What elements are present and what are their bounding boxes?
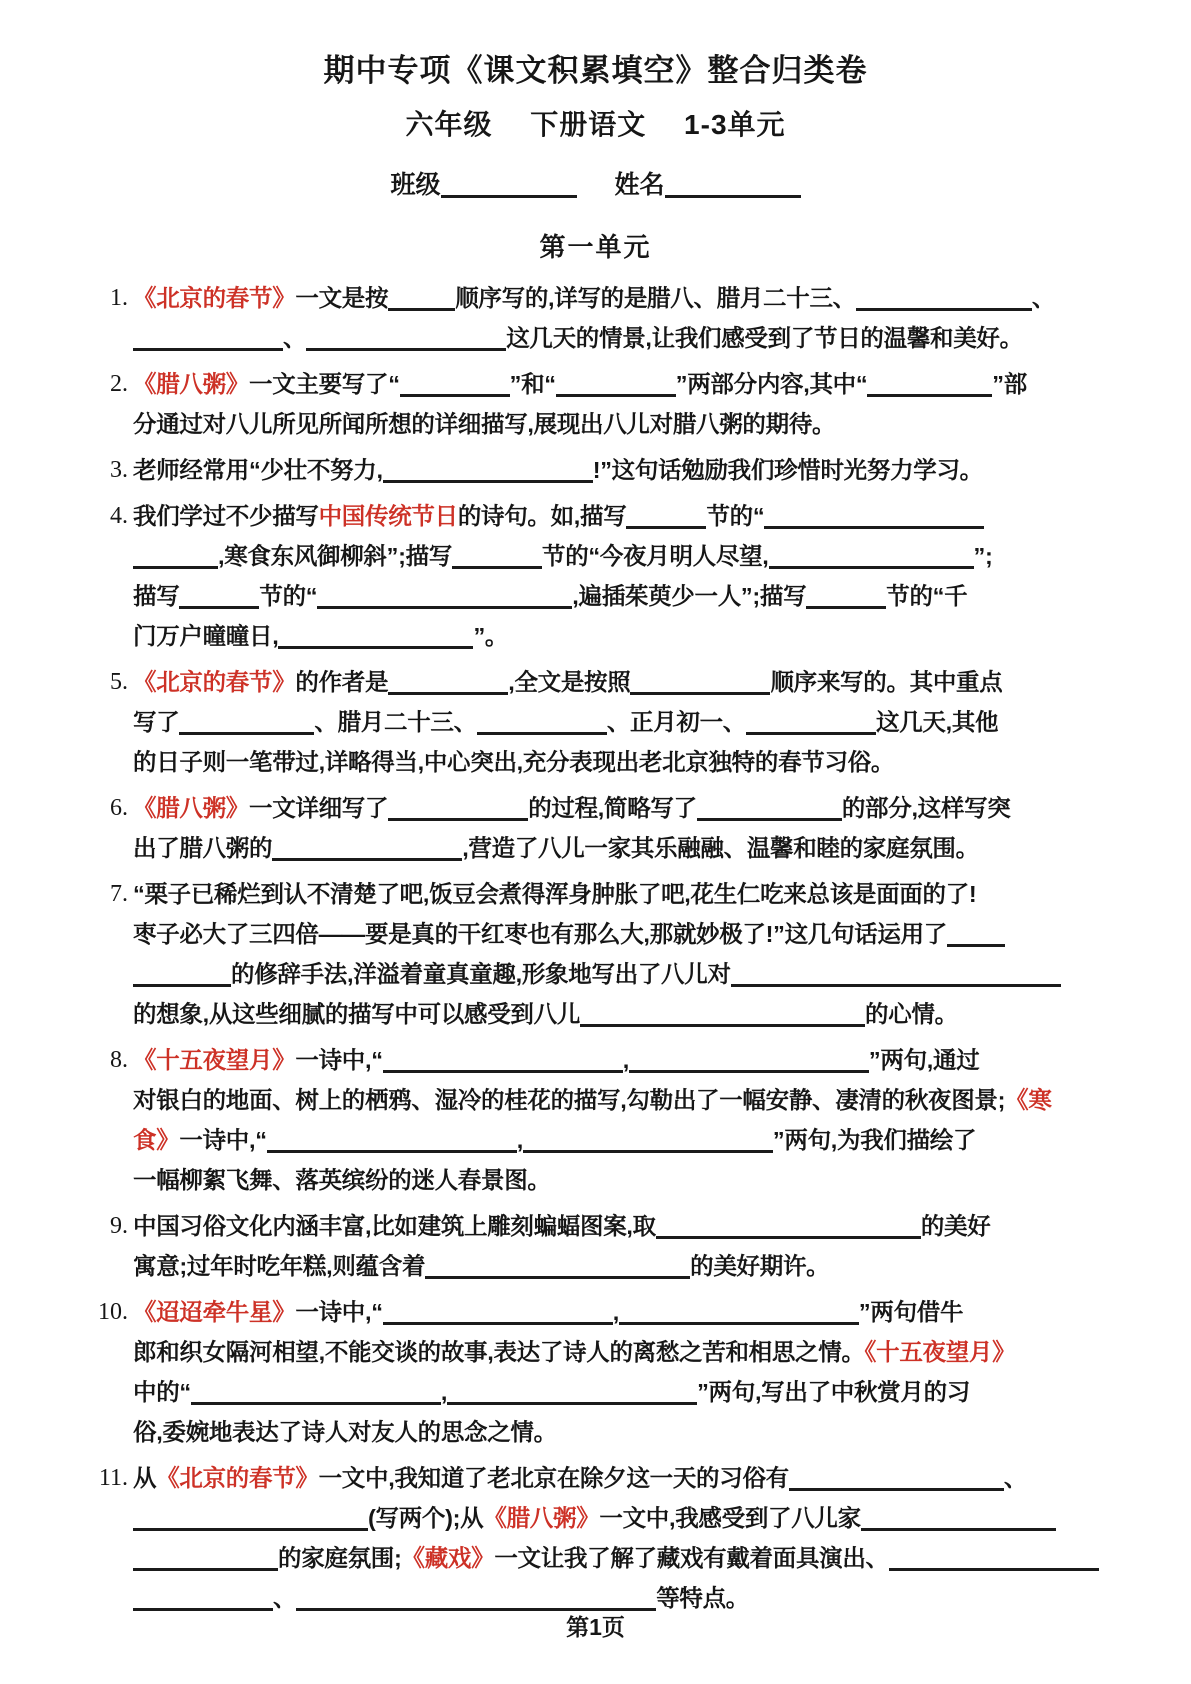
question-text: 的想象,从这些细腻的描写中可以感受到八儿 bbox=[133, 1001, 580, 1027]
question-number: 5. bbox=[97, 662, 133, 782]
answer-blank bbox=[317, 583, 572, 610]
answer-blank bbox=[769, 543, 974, 570]
question-text: 、 bbox=[283, 325, 306, 351]
question-line: 一幅柳絮飞舞、落英缤纷的迷人春景图。 bbox=[133, 1160, 1091, 1200]
question-number: 11. bbox=[97, 1458, 133, 1618]
question-body: 中国习俗文化内涵丰富,比如建筑上雕刻蝙蝠图案,取的美好寓意;过年时吃年糕,则蕴含… bbox=[133, 1206, 1091, 1286]
question-text: 一文让我了解了藏戏有戴着面具演出、 bbox=[494, 1545, 888, 1571]
question-line: 寓意;过年时吃年糕,则蕴含着的美好期许。 bbox=[133, 1246, 1091, 1286]
answer-blank bbox=[133, 1585, 273, 1612]
question-body: “栗子已稀烂到认不清楚了吧,饭豆会煮得浑身肿胀了吧,花生仁吃来总该是面面的了!枣… bbox=[133, 874, 1091, 1034]
highlighted-text: 《北京的春节》 bbox=[133, 669, 295, 695]
question-line: 我们学过不少描写中国传统节日的诗句。如,描写节的“ bbox=[133, 496, 1091, 536]
answer-blank bbox=[388, 669, 508, 696]
question-2: 2.《腊八粥》一文主要写了“”和“”两部分内容,其中“”部分通过对八儿所见所闻所… bbox=[97, 364, 1091, 444]
question-1: 1.《北京的春节》一文是按顺序写的,详写的是腊八、腊月二十三、、、这几天的情景,… bbox=[97, 278, 1091, 358]
answer-blank bbox=[296, 1585, 656, 1612]
answer-blank bbox=[400, 371, 510, 398]
page-subtitle: 六年级 下册语文 1-3单元 bbox=[0, 103, 1191, 143]
highlighted-text: 《腊八粥》 bbox=[133, 371, 249, 397]
answer-blank bbox=[523, 1127, 773, 1154]
question-text: ”两句,通过 bbox=[869, 1047, 979, 1073]
answer-blank bbox=[133, 1545, 278, 1572]
question-line: 《北京的春节》一文是按顺序写的,详写的是腊八、腊月二十三、、 bbox=[133, 278, 1091, 318]
highlighted-text: 《北京的春节》 bbox=[133, 285, 295, 311]
question-text: 、 bbox=[1032, 285, 1055, 311]
answer-blank bbox=[867, 371, 992, 398]
question-8: 8.《十五夜望月》一诗中,“,”两句,通过对银白的地面、树上的栖鸦、湿冷的桂花的… bbox=[97, 1040, 1091, 1200]
question-number: 2. bbox=[97, 364, 133, 444]
question-line: 从《北京的春节》一文中,我知道了老北京在除夕这一天的习俗有、 bbox=[133, 1458, 1091, 1498]
question-number: 7. bbox=[97, 874, 133, 1034]
answer-blank bbox=[630, 669, 770, 696]
answer-blank bbox=[272, 835, 462, 862]
question-4: 4.我们学过不少描写中国传统节日的诗句。如,描写节的“,寒食东风御柳斜”;描写节… bbox=[97, 496, 1091, 656]
answer-blank bbox=[179, 709, 314, 736]
exam-header: 期中专项《课文积累填空》整合归类卷 六年级 下册语文 1-3单元 班级姓名 第一… bbox=[0, 0, 1191, 264]
answer-blank bbox=[383, 1299, 613, 1326]
answer-blank bbox=[861, 1505, 1056, 1532]
answer-blank bbox=[179, 583, 259, 610]
highlighted-text: 《腊八粥》 bbox=[483, 1505, 599, 1531]
question-number: 4. bbox=[97, 496, 133, 656]
question-line: 枣子必大了三四倍——要是真的干红枣也有那么大,那就妙极了!”这几句话运用了 bbox=[133, 914, 1091, 954]
answer-blank bbox=[806, 583, 886, 610]
page-footer: 第1页 bbox=[0, 1609, 1191, 1642]
answer-blank bbox=[383, 1047, 623, 1074]
question-body: 《腊八粥》一文主要写了“”和“”两部分内容,其中“”部分通过对八儿所见所闻所想的… bbox=[133, 364, 1091, 444]
highlighted-text: 《寒 bbox=[1005, 1087, 1051, 1113]
student-info-row: 班级姓名 bbox=[0, 165, 1191, 201]
highlighted-text: 《藏戏》 bbox=[402, 1545, 495, 1571]
answer-blank bbox=[388, 795, 528, 822]
question-text: 这几天,其他 bbox=[876, 709, 998, 735]
question-text: ,遍插茱萸少一人”;描写 bbox=[572, 583, 806, 609]
question-line: 郎和织女隔河相望,不能交谈的故事,表达了诗人的离愁之苦和相思之情。《十五夜望月》 bbox=[133, 1332, 1091, 1372]
question-text: 一文中,我感受到了八儿家 bbox=[599, 1505, 860, 1531]
answer-blank bbox=[447, 1379, 697, 1406]
question-text: 寓意;过年时吃年糕,则蕴含着 bbox=[133, 1253, 425, 1279]
question-7: 7.“栗子已稀烂到认不清楚了吧,饭豆会煮得浑身肿胀了吧,花生仁吃来总该是面面的了… bbox=[97, 874, 1091, 1034]
answer-blank bbox=[452, 543, 542, 570]
question-text: 写了 bbox=[133, 709, 179, 735]
question-line: 俗,委婉地表达了诗人对友人的思念之情。 bbox=[133, 1412, 1091, 1452]
question-text: 节的“ bbox=[259, 583, 317, 609]
answer-blank bbox=[856, 285, 1032, 312]
question-text: ”两部分内容,其中“ bbox=[676, 371, 868, 397]
highlighted-text: 《十五夜望月》 bbox=[865, 1339, 1016, 1365]
question-line: (写两个);从《腊八粥》一文中,我感受到了八儿家 bbox=[133, 1498, 1091, 1538]
answer-blank bbox=[889, 1545, 1099, 1572]
question-body: 《北京的春节》一文是按顺序写的,详写的是腊八、腊月二十三、、、这几天的情景,让我… bbox=[133, 278, 1091, 358]
answer-blank bbox=[731, 961, 1061, 988]
question-text: 一文详细写了 bbox=[249, 795, 388, 821]
answer-blank bbox=[764, 503, 984, 530]
question-text: 从 bbox=[133, 1465, 156, 1491]
answer-blank bbox=[267, 1127, 517, 1154]
question-text: 枣子必大了三四倍——要是真的干红枣也有那么大,那就妙极了!”这几句话运用了 bbox=[133, 921, 947, 947]
question-list: 1.《北京的春节》一文是按顺序写的,详写的是腊八、腊月二十三、、、这几天的情景,… bbox=[0, 278, 1191, 1618]
answer-blank bbox=[133, 325, 283, 352]
question-text: ”。 bbox=[473, 623, 508, 649]
question-text: 的作者是 bbox=[295, 669, 388, 695]
question-text: 、 bbox=[1004, 1465, 1027, 1491]
question-line: ,寒食东风御柳斜”;描写节的“今夜月明人尽望,”; bbox=[133, 536, 1091, 576]
highlighted-text: 《北京的春节》 bbox=[156, 1465, 318, 1491]
question-body: 《十五夜望月》一诗中,“,”两句,通过对银白的地面、树上的栖鸦、湿冷的桂花的描写… bbox=[133, 1040, 1091, 1200]
question-text: 中国习俗文化内涵丰富,比如建筑上雕刻蝙蝠图案,取 bbox=[133, 1213, 656, 1239]
question-text: 顺序来写的。其中重点 bbox=[770, 669, 1002, 695]
question-9: 9.中国习俗文化内涵丰富,比如建筑上雕刻蝙蝠图案,取的美好寓意;过年时吃年糕,则… bbox=[97, 1206, 1091, 1286]
question-text: 的美好期许。 bbox=[690, 1253, 829, 1279]
question-text: 的心情。 bbox=[865, 1001, 958, 1027]
question-text: ”两句,写出了中秋赏月的习 bbox=[697, 1379, 970, 1405]
question-text: !”这句话勉励我们珍惜时光努力学习。 bbox=[593, 457, 983, 483]
question-line: 、这几天的情景,让我们感受到了节日的温馨和美好。 bbox=[133, 318, 1091, 358]
answer-blank bbox=[789, 1465, 1004, 1492]
question-text: 的美好 bbox=[921, 1213, 991, 1239]
question-text: ”两句借牛 bbox=[859, 1299, 963, 1325]
highlighted-text: 《十五夜望月》 bbox=[133, 1047, 295, 1073]
question-body: 我们学过不少描写中国传统节日的诗句。如,描写节的“,寒食东风御柳斜”;描写节的“… bbox=[133, 496, 1091, 656]
question-line: 《腊八粥》一文主要写了“”和“”两部分内容,其中“”部 bbox=[133, 364, 1091, 404]
question-number: 1. bbox=[97, 278, 133, 358]
question-text: 的修辞手法,洋溢着童真童趣,形象地写出了八儿对 bbox=[231, 961, 731, 987]
highlighted-text: 《迢迢牵牛星》 bbox=[133, 1299, 295, 1325]
question-5: 5.《北京的春节》的作者是,全文是按照顺序来写的。其中重点写了、腊月二十三、、正… bbox=[97, 662, 1091, 782]
highlighted-text: 食》 bbox=[133, 1127, 179, 1153]
question-11: 11.从《北京的春节》一文中,我知道了老北京在除夕这一天的习俗有、(写两个);从… bbox=[97, 1458, 1091, 1618]
answer-blank bbox=[629, 1047, 869, 1074]
highlighted-text: 中国传统节日 bbox=[319, 503, 458, 529]
class-blank-line bbox=[441, 170, 577, 198]
exam-page: 期中专项《课文积累填空》整合归类卷 六年级 下册语文 1-3单元 班级姓名 第一… bbox=[0, 0, 1191, 1684]
question-text: 一诗中,“ bbox=[179, 1127, 266, 1153]
question-text: 这几天的情景,让我们感受到了节日的温馨和美好。 bbox=[506, 325, 1023, 351]
question-number: 9. bbox=[97, 1206, 133, 1286]
answer-blank bbox=[656, 1213, 921, 1240]
question-line: 对银白的地面、树上的栖鸦、湿冷的桂花的描写,勾勒出了一幅安静、凄清的秋夜图景;《… bbox=[133, 1080, 1091, 1120]
answer-blank bbox=[619, 1299, 859, 1326]
answer-blank bbox=[278, 623, 473, 650]
question-text: 一幅柳絮飞舞、落英缤纷的迷人春景图。 bbox=[133, 1167, 551, 1193]
question-text: 、 bbox=[273, 1585, 296, 1611]
question-body: 《北京的春节》的作者是,全文是按照顺序来写的。其中重点写了、腊月二十三、、正月初… bbox=[133, 662, 1091, 782]
class-label: 班级 bbox=[390, 171, 440, 199]
question-line: 的日子则一笔带过,详略得当,中心突出,充分表现出老北京独特的春节习俗。 bbox=[133, 742, 1091, 782]
question-3: 3.老师经常用“少壮不努力,!”这句话勉励我们珍惜时光努力学习。 bbox=[97, 450, 1091, 490]
question-text: 、腊月二十三、 bbox=[314, 709, 476, 735]
question-line: 食》一诗中,“,”两句,为我们描绘了 bbox=[133, 1120, 1091, 1160]
question-text: ,营造了八儿一家其乐融融、温馨和睦的家庭氛围。 bbox=[462, 835, 979, 861]
question-text: ,全文是按照 bbox=[508, 669, 630, 695]
answer-blank bbox=[947, 921, 1005, 948]
answer-blank bbox=[746, 709, 876, 736]
question-text: ,寒食东风御柳斜”;描写 bbox=[218, 543, 452, 569]
answer-blank bbox=[556, 371, 676, 398]
answer-blank bbox=[626, 503, 706, 530]
question-text: 一诗中,“ bbox=[295, 1047, 382, 1073]
question-text: 的家庭氛围; bbox=[278, 1545, 402, 1571]
question-text: 郎和织女隔河相望,不能交谈的故事,表达了诗人的离愁之苦和相思之情。 bbox=[133, 1339, 865, 1365]
question-text: 的日子则一笔带过,详略得当,中心突出,充分表现出老北京独特的春节习俗。 bbox=[133, 749, 894, 775]
question-text: 老师经常用“少壮不努力, bbox=[133, 457, 383, 483]
question-body: 《迢迢牵牛星》一诗中,“,”两句借牛郎和织女隔河相望,不能交谈的故事,表达了诗人… bbox=[133, 1292, 1091, 1452]
question-text: 描写 bbox=[133, 583, 179, 609]
question-text: 、正月初一、 bbox=[607, 709, 746, 735]
question-line: 《腊八粥》一文详细写了的过程,简略写了的部分,这样写突 bbox=[133, 788, 1091, 828]
question-body: 《腊八粥》一文详细写了的过程,简略写了的部分,这样写突出了腊八粥的,营造了八儿一… bbox=[133, 788, 1091, 868]
page-title: 期中专项《课文积累填空》整合归类卷 bbox=[0, 45, 1191, 90]
question-text: 节的“ bbox=[706, 503, 764, 529]
question-text: 门万户曈曈日, bbox=[133, 623, 278, 649]
question-number: 10. bbox=[97, 1292, 133, 1452]
question-number: 8. bbox=[97, 1040, 133, 1200]
question-text: 的过程,简略写了 bbox=[528, 795, 697, 821]
question-text: ”两句,为我们描绘了 bbox=[773, 1127, 976, 1153]
answer-blank bbox=[580, 1001, 865, 1028]
question-line: 的家庭氛围;《藏戏》一文让我了解了藏戏有戴着面具演出、 bbox=[133, 1538, 1091, 1578]
answer-blank bbox=[388, 285, 455, 312]
question-text: 顺序写的,详写的是腊八、腊月二十三、 bbox=[455, 285, 856, 311]
question-line: 描写节的“,遍插茱萸少一人”;描写节的“千 bbox=[133, 576, 1091, 616]
question-line: 出了腊八粥的,营造了八儿一家其乐融融、温馨和睦的家庭氛围。 bbox=[133, 828, 1091, 868]
question-line: 《北京的春节》的作者是,全文是按照顺序来写的。其中重点 bbox=[133, 662, 1091, 702]
question-text: 出了腊八粥的 bbox=[133, 835, 272, 861]
answer-blank bbox=[477, 709, 607, 736]
question-number: 6. bbox=[97, 788, 133, 868]
question-text: 一诗中,“ bbox=[295, 1299, 382, 1325]
question-text: 分通过对八儿所见所闻所想的详细描写,展现出八儿对腊八粥的期待。 bbox=[133, 411, 835, 437]
question-line: 《迢迢牵牛星》一诗中,“,”两句借牛 bbox=[133, 1292, 1091, 1332]
question-text: “栗子已稀烂到认不清楚了吧,饭豆会煮得浑身肿胀了吧,花生仁吃来总该是面面的了! bbox=[133, 881, 976, 907]
question-text: (写两个);从 bbox=[368, 1505, 483, 1531]
question-text: 节的“千 bbox=[886, 583, 967, 609]
answer-blank bbox=[133, 543, 218, 570]
name-blank-line bbox=[665, 170, 801, 198]
question-line: 老师经常用“少壮不努力,!”这句话勉励我们珍惜时光努力学习。 bbox=[133, 450, 1091, 490]
question-line: 的修辞手法,洋溢着童真童趣,形象地写出了八儿对 bbox=[133, 954, 1091, 994]
question-text: 等特点。 bbox=[656, 1585, 749, 1611]
question-line: 门万户曈曈日,”。 bbox=[133, 616, 1091, 656]
question-text: ”部 bbox=[992, 371, 1027, 397]
question-line: 的想象,从这些细腻的描写中可以感受到八儿的心情。 bbox=[133, 994, 1091, 1034]
question-text: 的部分,这样写突 bbox=[842, 795, 1011, 821]
answer-blank bbox=[133, 1505, 368, 1532]
answer-blank bbox=[306, 325, 506, 352]
question-text: ”和“ bbox=[510, 371, 556, 397]
question-text: 对银白的地面、树上的栖鸦、湿冷的桂花的描写,勾勒出了一幅安静、凄清的秋夜图景; bbox=[133, 1087, 1005, 1113]
question-line: 中国习俗文化内涵丰富,比如建筑上雕刻蝙蝠图案,取的美好 bbox=[133, 1206, 1091, 1246]
question-line: 写了、腊月二十三、、正月初一、这几天,其他 bbox=[133, 702, 1091, 742]
name-label: 姓名 bbox=[615, 171, 665, 199]
question-text: 一文主要写了“ bbox=[249, 371, 400, 397]
question-line: 分通过对八儿所见所闻所想的详细描写,展现出八儿对腊八粥的期待。 bbox=[133, 404, 1091, 444]
question-line: 《十五夜望月》一诗中,“,”两句,通过 bbox=[133, 1040, 1091, 1080]
answer-blank bbox=[697, 795, 842, 822]
question-text: 节的“今夜月明人尽望, bbox=[542, 543, 768, 569]
highlighted-text: 《腊八粥》 bbox=[133, 795, 249, 821]
question-10: 10.《迢迢牵牛星》一诗中,“,”两句借牛郎和织女隔河相望,不能交谈的故事,表达… bbox=[97, 1292, 1091, 1452]
question-number: 3. bbox=[97, 450, 133, 490]
question-text: 俗,委婉地表达了诗人对友人的思念之情。 bbox=[133, 1419, 557, 1445]
answer-blank bbox=[383, 457, 593, 484]
question-text: 中的“ bbox=[133, 1379, 191, 1405]
question-body: 老师经常用“少壮不努力,!”这句话勉励我们珍惜时光努力学习。 bbox=[133, 450, 1091, 490]
question-text: 一文是按 bbox=[295, 285, 388, 311]
answer-blank bbox=[191, 1379, 441, 1406]
question-text: 一文中,我知道了老北京在除夕这一天的习俗有 bbox=[319, 1465, 789, 1491]
answer-blank bbox=[133, 961, 231, 988]
question-text: ”; bbox=[974, 543, 993, 569]
section-title: 第一单元 bbox=[0, 227, 1191, 264]
question-6: 6.《腊八粥》一文详细写了的过程,简略写了的部分,这样写突出了腊八粥的,营造了八… bbox=[97, 788, 1091, 868]
question-text: 的诗句。如,描写 bbox=[458, 503, 627, 529]
question-text: 我们学过不少描写 bbox=[133, 503, 319, 529]
question-line: “栗子已稀烂到认不清楚了吧,饭豆会煮得浑身肿胀了吧,花生仁吃来总该是面面的了! bbox=[133, 874, 1091, 914]
question-body: 从《北京的春节》一文中,我知道了老北京在除夕这一天的习俗有、(写两个);从《腊八… bbox=[133, 1458, 1091, 1618]
answer-blank bbox=[425, 1253, 690, 1280]
question-line: 中的“,”两句,写出了中秋赏月的习 bbox=[133, 1372, 1091, 1412]
